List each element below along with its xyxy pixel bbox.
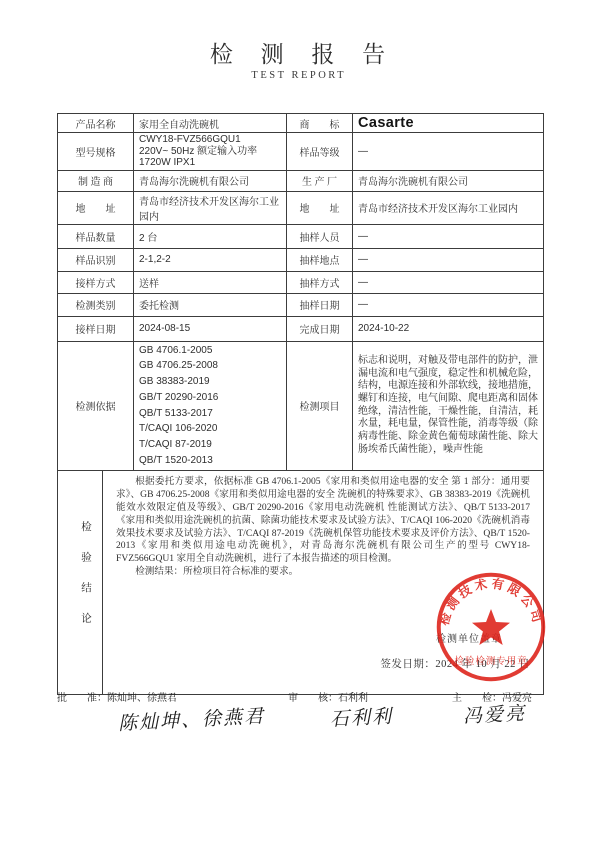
field-value: 2-1,2-2 xyxy=(134,248,287,271)
test-basis-label: 检测依据 xyxy=(58,341,134,470)
test-items-text: 标志和说明，对触及带电部件的防护，泄漏电流和电气强度，稳定性和机械危险，结构，电… xyxy=(353,341,544,470)
field-label: 型号规格 xyxy=(58,133,134,171)
field-label: 抽样人员 xyxy=(287,224,353,248)
field-label: 制 造 商 xyxy=(58,170,134,191)
page-subtitle: TEST REPORT xyxy=(0,70,595,81)
issue-date: 签发日期：2024 年 10 月 22 日 xyxy=(380,656,530,671)
conclusion-label: 检验结论 xyxy=(63,487,103,677)
review-signature: 石利利 xyxy=(329,701,393,731)
field-value: 青岛海尔洗碗机有限公司 xyxy=(353,170,544,191)
conclusion-cell: 根据委托方要求，依据标准 GB 4706.1-2005《家用和类似用途电器的安全… xyxy=(103,470,544,694)
field-value: 2024-08-15 xyxy=(134,316,287,341)
field-label: 抽样日期 xyxy=(287,293,353,316)
table-row-conclusion: 检验结论 根据委托方要求，依据标准 GB 4706.1-2005《家用和类似用途… xyxy=(58,470,544,694)
field-label: 地 址 xyxy=(287,191,353,224)
field-value: 2 台 xyxy=(134,224,287,248)
field-label: 样品数量 xyxy=(58,224,134,248)
approve-signature: 陈灿坤、徐燕君 xyxy=(117,701,265,736)
brand-logo: Casarte xyxy=(358,115,414,131)
approve-label: 批 准：陈灿坤、徐燕君 xyxy=(57,689,177,704)
field-value: 青岛市经济技术开发区海尔工业园内 xyxy=(353,191,544,224)
table-row: 样品识别 2-1,2-2 抽样地点 — xyxy=(58,248,544,271)
test-report-page: 检 测 报 告 TEST REPORT 产品名称 家用全自动洗碗机 商 标 Ca… xyxy=(0,0,595,841)
table-row: 制 造 商 青岛海尔洗碗机有限公司 生 产 厂 青岛海尔洗碗机有限公司 xyxy=(58,170,544,191)
field-value: 2024-10-22 xyxy=(353,316,544,341)
standard-item: T/CAQI 87-2019 xyxy=(139,437,281,453)
field-value: — xyxy=(353,224,544,248)
field-label: 样品等级 xyxy=(287,133,353,171)
table-row: 地 址 青岛市经济技术开发区海尔工业园内 地 址 青岛市经济技术开发区海尔工业园… xyxy=(58,191,544,224)
table-row-test-basis: 检测依据 GB 4706.1-2005 GB 4706.25-2008 GB 3… xyxy=(58,341,544,470)
standard-item: GB/T 20290-2016 xyxy=(139,390,281,406)
field-value: 青岛海尔洗碗机有限公司 xyxy=(134,170,287,191)
conclusion-result: 检测结果：所检项目符合标准的要求。 xyxy=(116,566,530,579)
field-label: 生 产 厂 xyxy=(287,170,353,191)
standard-item: T/CAQI 106-2020 xyxy=(139,421,281,437)
field-value: — xyxy=(353,248,544,271)
standard-item: QB/T 1520-2013 xyxy=(139,453,281,469)
field-value: 委托检测 xyxy=(134,293,287,316)
field-label: 完成日期 xyxy=(287,316,353,341)
field-label: 抽样方式 xyxy=(287,271,353,293)
report-info-table: 产品名称 家用全自动洗碗机 商 标 Casarte 型号规格 CWY18-FVZ… xyxy=(57,113,544,695)
field-label: 样品识别 xyxy=(58,248,134,271)
field-value: — xyxy=(353,271,544,293)
standard-item: QB/T 5133-2017 xyxy=(139,406,281,422)
model-line: CWY18-FVZ566GQU1 xyxy=(139,134,281,146)
model-line: 220V~ 50Hz 额定输入功率 xyxy=(139,146,281,158)
chief-signature: 冯爱亮 xyxy=(462,698,526,728)
field-label: 检测类别 xyxy=(58,293,134,316)
table-row: 产品名称 家用全自动洗碗机 商 标 Casarte xyxy=(58,114,544,133)
standard-item: GB 38383-2019 xyxy=(139,374,281,390)
standard-item: GB 4706.1-2005 xyxy=(139,343,281,359)
seal-caption: 检测单位盖章 xyxy=(436,630,502,645)
field-value: 家用全自动洗碗机 xyxy=(134,114,287,133)
field-value: — xyxy=(353,293,544,316)
standard-item: GB 4706.25-2008 xyxy=(139,358,281,374)
standards-list: GB 4706.1-2005 GB 4706.25-2008 GB 38383-… xyxy=(134,341,287,470)
field-value: CWY18-FVZ566GQU1 220V~ 50Hz 额定输入功率 1720W… xyxy=(134,133,287,171)
field-label: 产品名称 xyxy=(58,114,134,133)
field-label: 抽样地点 xyxy=(287,248,353,271)
table-row: 接样日期 2024-08-15 完成日期 2024-10-22 xyxy=(58,316,544,341)
field-value: 青岛市经济技术开发区海尔工业园内 xyxy=(134,191,287,224)
conclusion-paragraph: 根据委托方要求，依据标准 GB 4706.1-2005《家用和类似用途电器的安全… xyxy=(116,476,530,566)
page-title: 检 测 报 告 xyxy=(0,36,595,69)
model-line: 1720W IPX1 xyxy=(139,157,281,169)
conclusion-label-cell: 检验结论 xyxy=(58,470,103,694)
table-row: 型号规格 CWY18-FVZ566GQU1 220V~ 50Hz 额定输入功率 … xyxy=(58,133,544,171)
field-label: 接样方式 xyxy=(58,271,134,293)
review-label: 审 核：石利利 xyxy=(288,689,368,704)
table-row: 检测类别 委托检测 抽样日期 — xyxy=(58,293,544,316)
field-label: 商 标 xyxy=(287,114,353,133)
field-label: 地 址 xyxy=(58,191,134,224)
field-value: — xyxy=(353,133,544,171)
field-label: 接样日期 xyxy=(58,316,134,341)
field-value: 送样 xyxy=(134,271,287,293)
table-row: 样品数量 2 台 抽样人员 — xyxy=(58,224,544,248)
test-items-label: 检测项目 xyxy=(287,341,353,470)
table-row: 接样方式 送样 抽样方式 — xyxy=(58,271,544,293)
